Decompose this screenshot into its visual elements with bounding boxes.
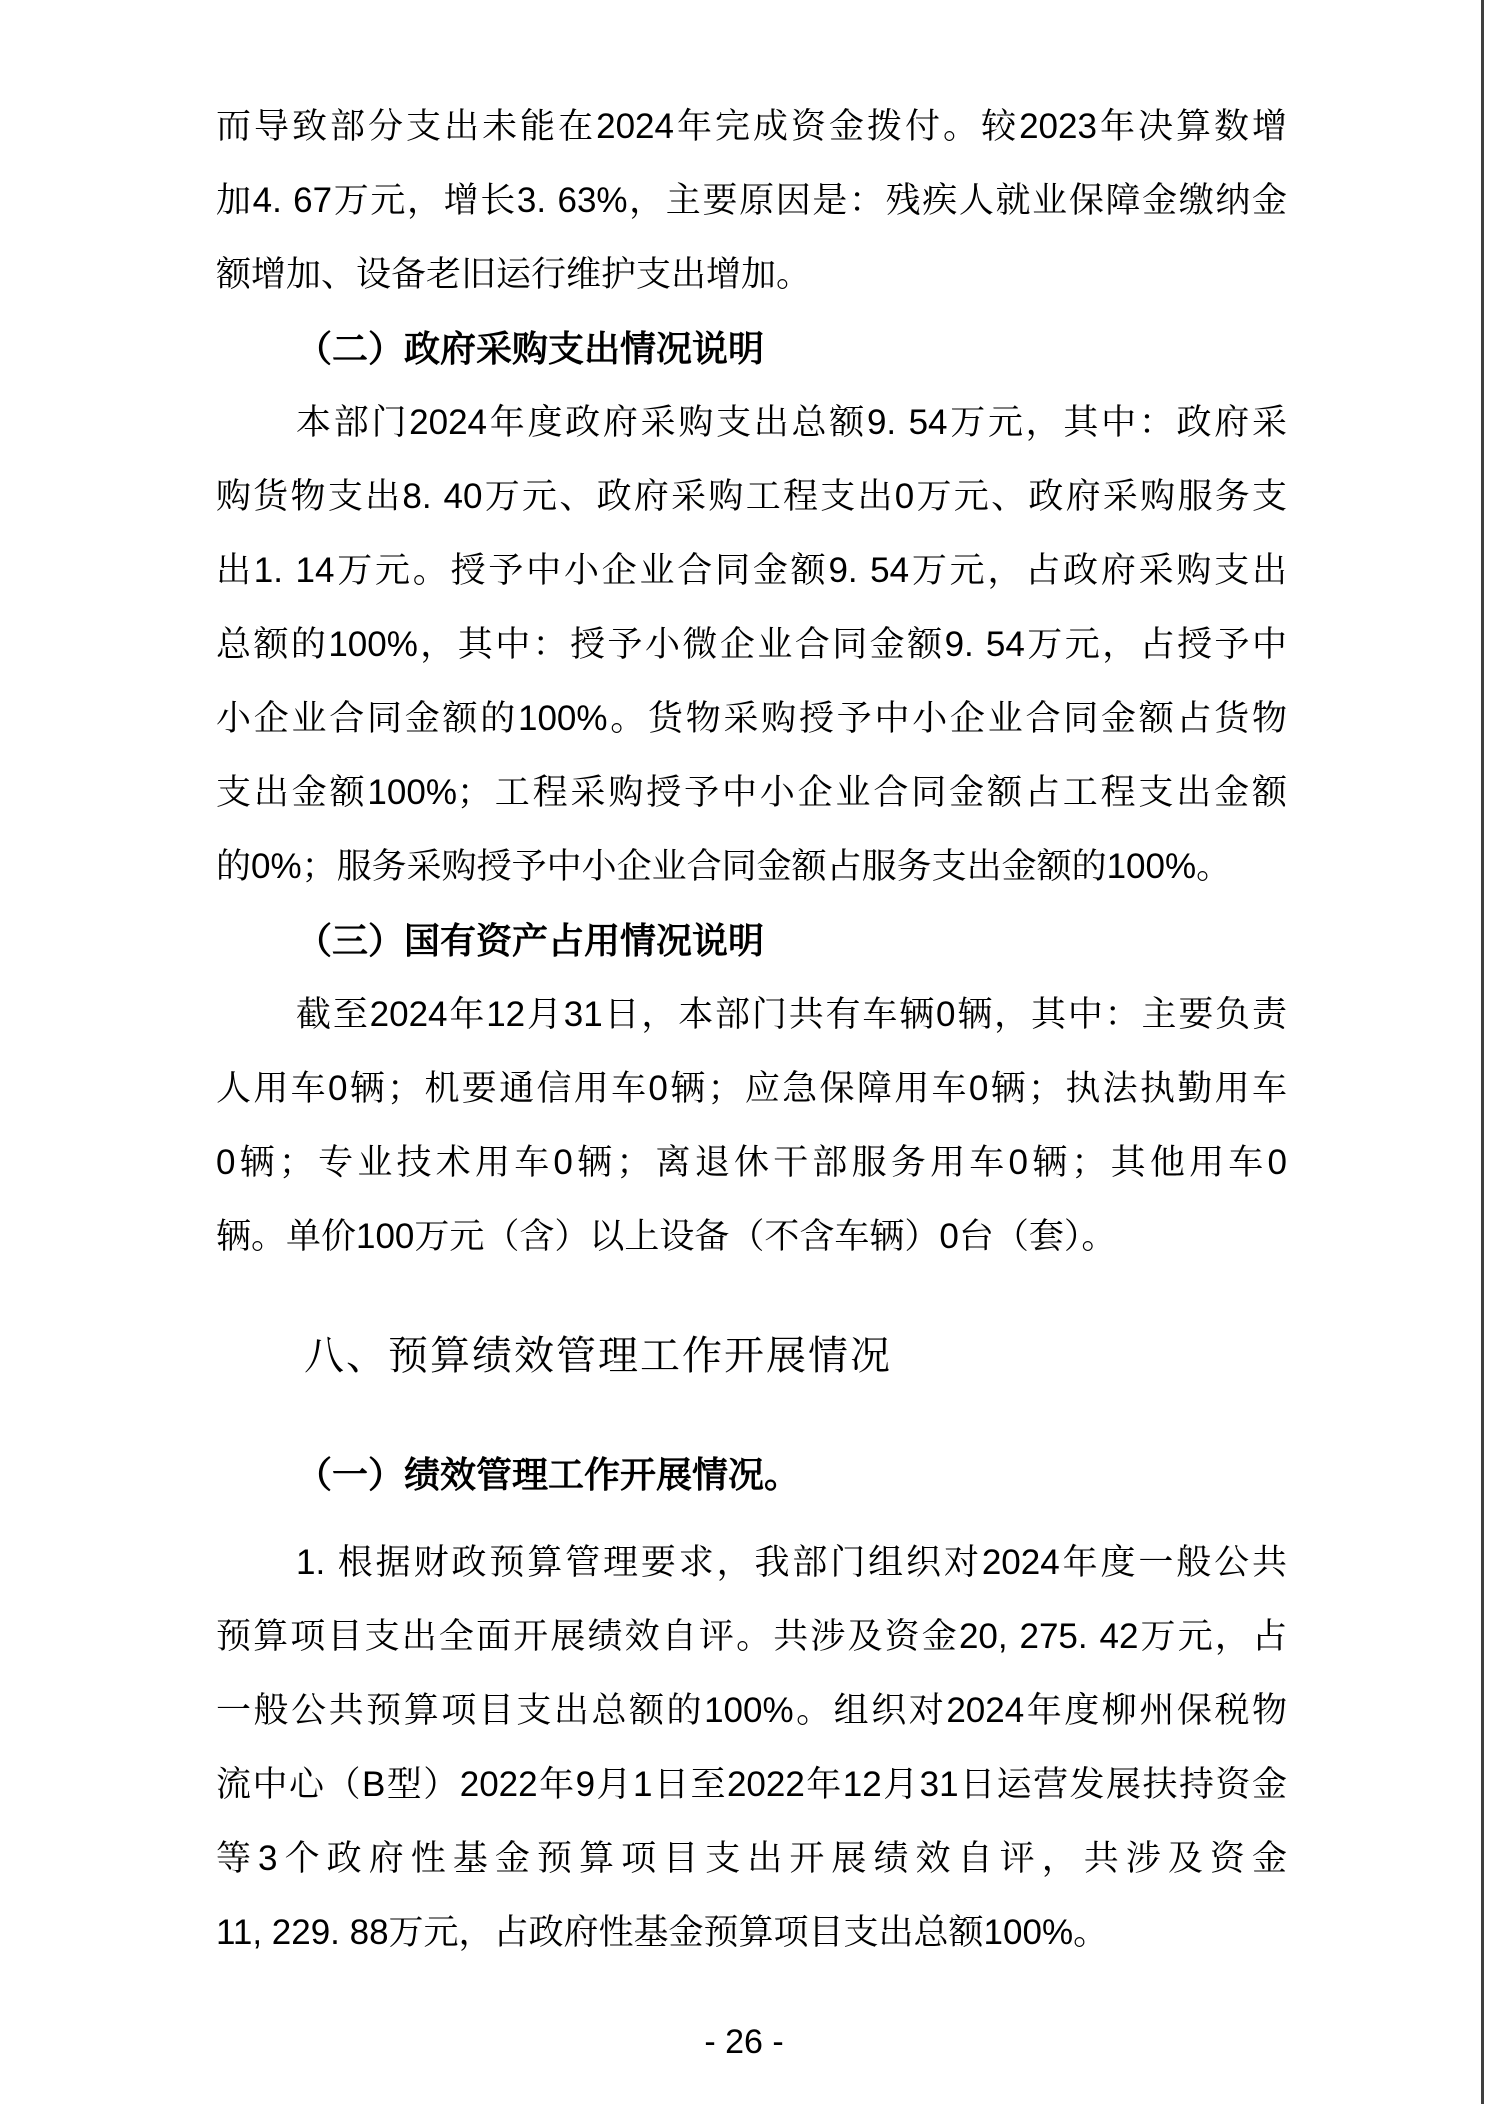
page-number: - 26 - <box>0 2020 1488 2064</box>
text-line: 本部门2024年度政府采购支出总额9. 54万元，其中：政府采 <box>216 386 1287 460</box>
text-line: 流中心（B型）2022年9月1日至2022年12月31日运营发展扶持资金 <box>216 1748 1287 1822</box>
text-line: 辆。单价100万元（含）以上设备（不含车辆）0台（套）。 <box>216 1200 1287 1274</box>
paragraph: 本部门2024年度政府采购支出总额9. 54万元，其中：政府采购货物支出8. 4… <box>216 386 1287 904</box>
subsection-heading: （三）国有资产占用情况说明 <box>216 904 1287 978</box>
paragraph: 1. 根据财政预算管理要求，我部门组织对2024年度一般公共预算项目支出全面开展… <box>216 1526 1287 1970</box>
text-line: 预算项目支出全面开展绩效自评。共涉及资金20, 275. 42万元，占 <box>216 1600 1287 1674</box>
document-body: 而导致部分支出未能在2024年完成资金拨付。较2023年决算数增加4. 67万元… <box>216 90 1287 1970</box>
text-line: 截至2024年12月31日，本部门共有车辆0辆，其中：主要负责 <box>216 978 1287 1052</box>
text-line: 11, 229. 88万元，占政府性基金预算项目支出总额100%。 <box>216 1896 1287 1970</box>
subsection-heading: （二）政府采购支出情况说明 <box>216 312 1287 386</box>
text-line: 人用车0辆；机要通信用车0辆；应急保障用车0辆；执法执勤用车 <box>216 1052 1287 1126</box>
document-page: 而导致部分支出未能在2024年完成资金拨付。较2023年决算数增加4. 67万元… <box>0 0 1488 2104</box>
text-line: 1. 根据财政预算管理要求，我部门组织对2024年度一般公共 <box>216 1526 1287 1600</box>
text-line: 购货物支出8. 40万元、政府采购工程支出0万元、政府采购服务支 <box>216 460 1287 534</box>
text-line: 等3个政府性基金预算项目支出开展绩效自评，共涉及资金 <box>216 1822 1287 1896</box>
text-line: 加4. 67万元，增长3. 63%，主要原因是：残疾人就业保障金缴纳金 <box>216 164 1287 238</box>
text-line: 额增加、设备老旧运行维护支出增加。 <box>216 238 1287 312</box>
text-line: 小企业合同金额的100%。货物采购授予中小企业合同金额占货物 <box>216 682 1287 756</box>
text-line: 支出金额100%；工程采购授予中小企业合同金额占工程支出金额 <box>216 756 1287 830</box>
text-line: 的0%；服务采购授予中小企业合同金额占服务支出金额的100%。 <box>216 830 1287 904</box>
page-edge-line <box>1481 0 1484 2104</box>
paragraph: 而导致部分支出未能在2024年完成资金拨付。较2023年决算数增加4. 67万元… <box>216 90 1287 312</box>
text-line: 而导致部分支出未能在2024年完成资金拨付。较2023年决算数增 <box>216 90 1287 164</box>
text-line: 一般公共预算项目支出总额的100%。组织对2024年度柳州保税物 <box>216 1674 1287 1748</box>
text-line: 0辆；专业技术用车0辆；离退休干部服务用车0辆；其他用车0 <box>216 1126 1287 1200</box>
text-line: 出1. 14万元。授予中小企业合同金额9. 54万元，占政府采购支出 <box>216 534 1287 608</box>
section-heading: 八、预算绩效管理工作开展情况 <box>216 1319 1287 1393</box>
subsection-heading: （一）绩效管理工作开展情况。 <box>216 1438 1287 1512</box>
text-line: 总额的100%，其中：授予小微企业合同金额9. 54万元，占授予中 <box>216 608 1287 682</box>
paragraph: 截至2024年12月31日，本部门共有车辆0辆，其中：主要负责人用车0辆；机要通… <box>216 978 1287 1274</box>
